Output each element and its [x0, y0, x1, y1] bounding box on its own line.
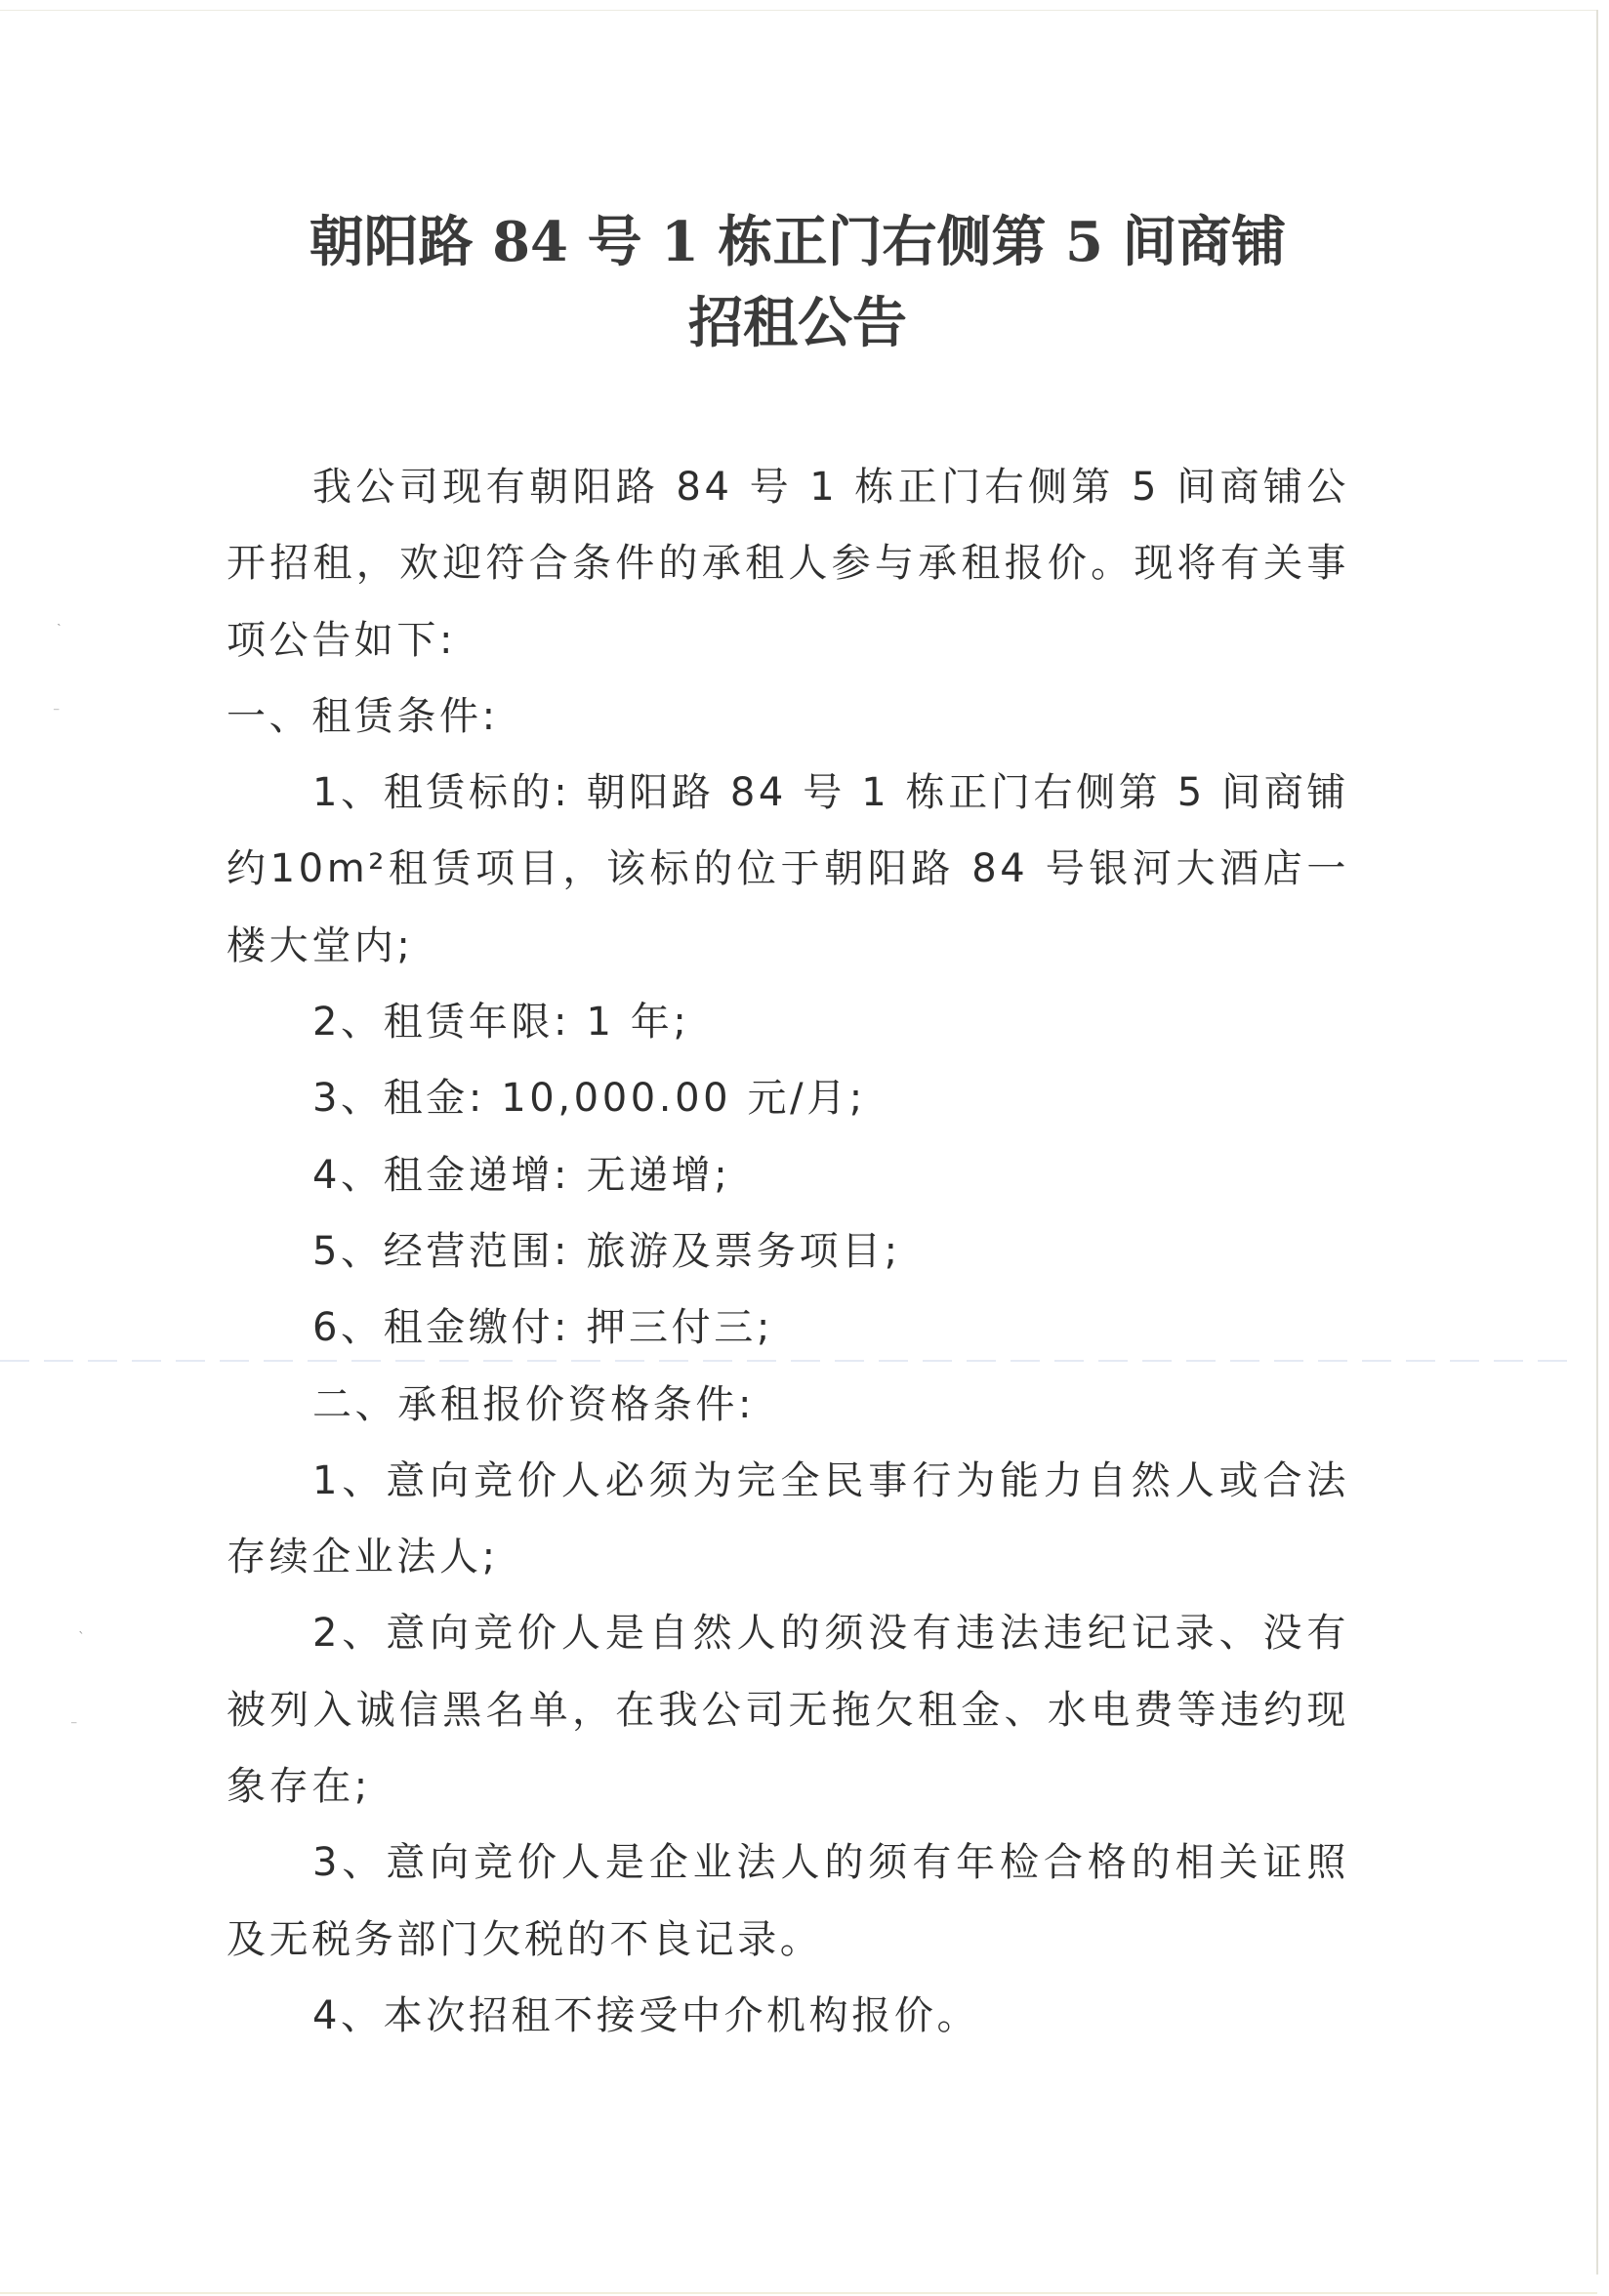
intro-paragraph: 我公司现有朝阳路 84 号 1 栋正门右侧第 5 间商铺公开招租，欢迎符合条件的… [227, 449, 1349, 678]
lease-item-subject: 1、租赁标的: 朝阳路 84 号 1 栋正门右侧第 5 间商铺约10m²租赁项目… [227, 755, 1349, 984]
scan-speck: ˴ [57, 615, 62, 632]
scan-speck: ⁻ [70, 1718, 77, 1734]
qualification-item-3: 3、意向竞价人是企业法人的须有年检合格的相关证照及无税务部门欠税的不良记录。 [227, 1824, 1349, 1978]
lease-item-term: 2、租赁年限: 1 年; [227, 984, 1349, 1060]
lease-item-rent: 3、租金: 10,000.00 元/月; [227, 1060, 1349, 1136]
document-body: 我公司现有朝阳路 84 号 1 栋正门右侧第 5 间商铺公开招租，欢迎符合条件的… [227, 449, 1349, 2054]
scan-page-edge-bottom [0, 2292, 1597, 2294]
section-heading-bidder-qualifications: 二、承租报价资格条件: [227, 1367, 1349, 1443]
section-heading-lease-conditions: 一、租赁条件: [227, 678, 1349, 755]
lease-item-rent-increase: 4、租金递增: 无递增; [227, 1137, 1349, 1213]
lease-item-business-scope: 5、经营范围: 旅游及票务项目; [227, 1213, 1349, 1290]
qualification-item-1: 1、意向竞价人必须为完全民事行为能力自然人或合法存续企业法人; [227, 1443, 1349, 1596]
scan-speck: ˎ [78, 1619, 85, 1634]
scan-page-edge-top [0, 10, 1597, 11]
qualification-item-4: 4、本次招租不接受中介机构报价。 [227, 1978, 1349, 2054]
lease-item-payment: 6、租金缴付: 押三付三; [227, 1290, 1349, 1366]
qualification-item-2: 2、意向竞价人是自然人的须没有违法违纪记录、没有被列入诚信黑名单，在我公司无拖欠… [227, 1595, 1349, 1824]
document-title-line-1: 朝阳路 84 号 1 栋正门右侧第 5 间商铺 [0, 208, 1602, 276]
document-title-line-2: 招租公告 [0, 289, 1602, 357]
scan-speck: ⁻ [53, 705, 60, 720]
